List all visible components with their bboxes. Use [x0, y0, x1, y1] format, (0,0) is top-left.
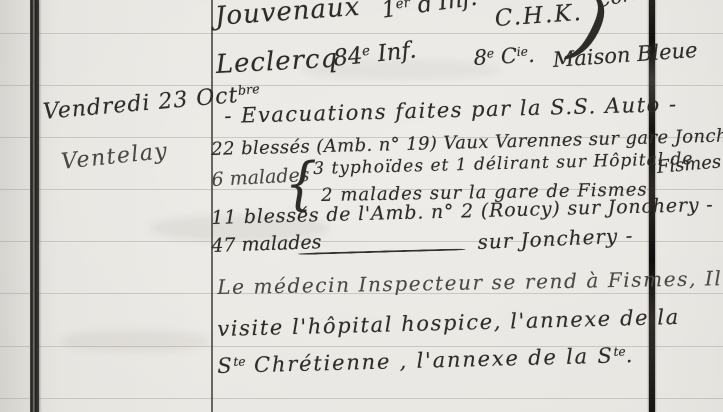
unit-text: d'Inf.	[409, 0, 479, 20]
paragraph-text: Chrétienne , l'annexe de la S	[245, 344, 614, 378]
binding-edge-rule	[30, 0, 39, 412]
company-text: C	[494, 44, 518, 69]
body-paragraph-line1: Le médecin Inspecteur se rend à Fismes, …	[217, 266, 723, 299]
ruled-line	[0, 33, 723, 34]
abbrev-superscript: te	[233, 355, 245, 369]
company-text: .	[527, 43, 535, 67]
ditto-dash-line	[298, 248, 466, 255]
date-text: Vendredi 23 Oct	[42, 83, 239, 125]
unit-number: 84	[332, 43, 364, 72]
ruled-line	[0, 85, 723, 86]
unit-text: Inf.	[369, 37, 418, 68]
roster-row2-company: 8e Cie.	[473, 43, 535, 70]
roster-row1-note: C.H.K.	[494, 0, 584, 32]
ruled-line	[0, 398, 723, 399]
body-heading: - Evacuations faites par la S.S. Auto -	[224, 92, 678, 128]
corner-place-note: Cormicy	[594, 0, 677, 13]
roster-row2-unit: 84e Inf.	[332, 37, 418, 72]
unit-superscript: er	[395, 0, 411, 12]
body-label-47-destination: sur Jonchery -	[477, 223, 634, 254]
date-superscript: bre	[237, 82, 260, 99]
roster-row1-unit: 1er d'Inf.	[380, 0, 479, 24]
abbrev-text: S	[217, 354, 234, 378]
abbrev-superscript: te	[613, 345, 625, 359]
body-detail-typhoid-overflow: Fismes	[656, 151, 722, 178]
body-paragraph-line3: Ste Chrétienne , l'annexe de la Ste.	[217, 343, 634, 378]
bleed-through-smudge	[60, 330, 210, 352]
manuscript-page: Jouvenaux 1er d'Inf. C.H.K. ) Cormicy Le…	[0, 0, 723, 412]
body-paragraph-line2: visite l'hôpital hospice, l'annexe de la	[217, 305, 680, 341]
margin-place: Ventelay	[60, 139, 170, 175]
roster-row2-name: Leclercq	[215, 44, 339, 80]
paragraph-text: .	[625, 343, 634, 367]
roster-row1-name: Jouvenaux	[214, 0, 361, 32]
